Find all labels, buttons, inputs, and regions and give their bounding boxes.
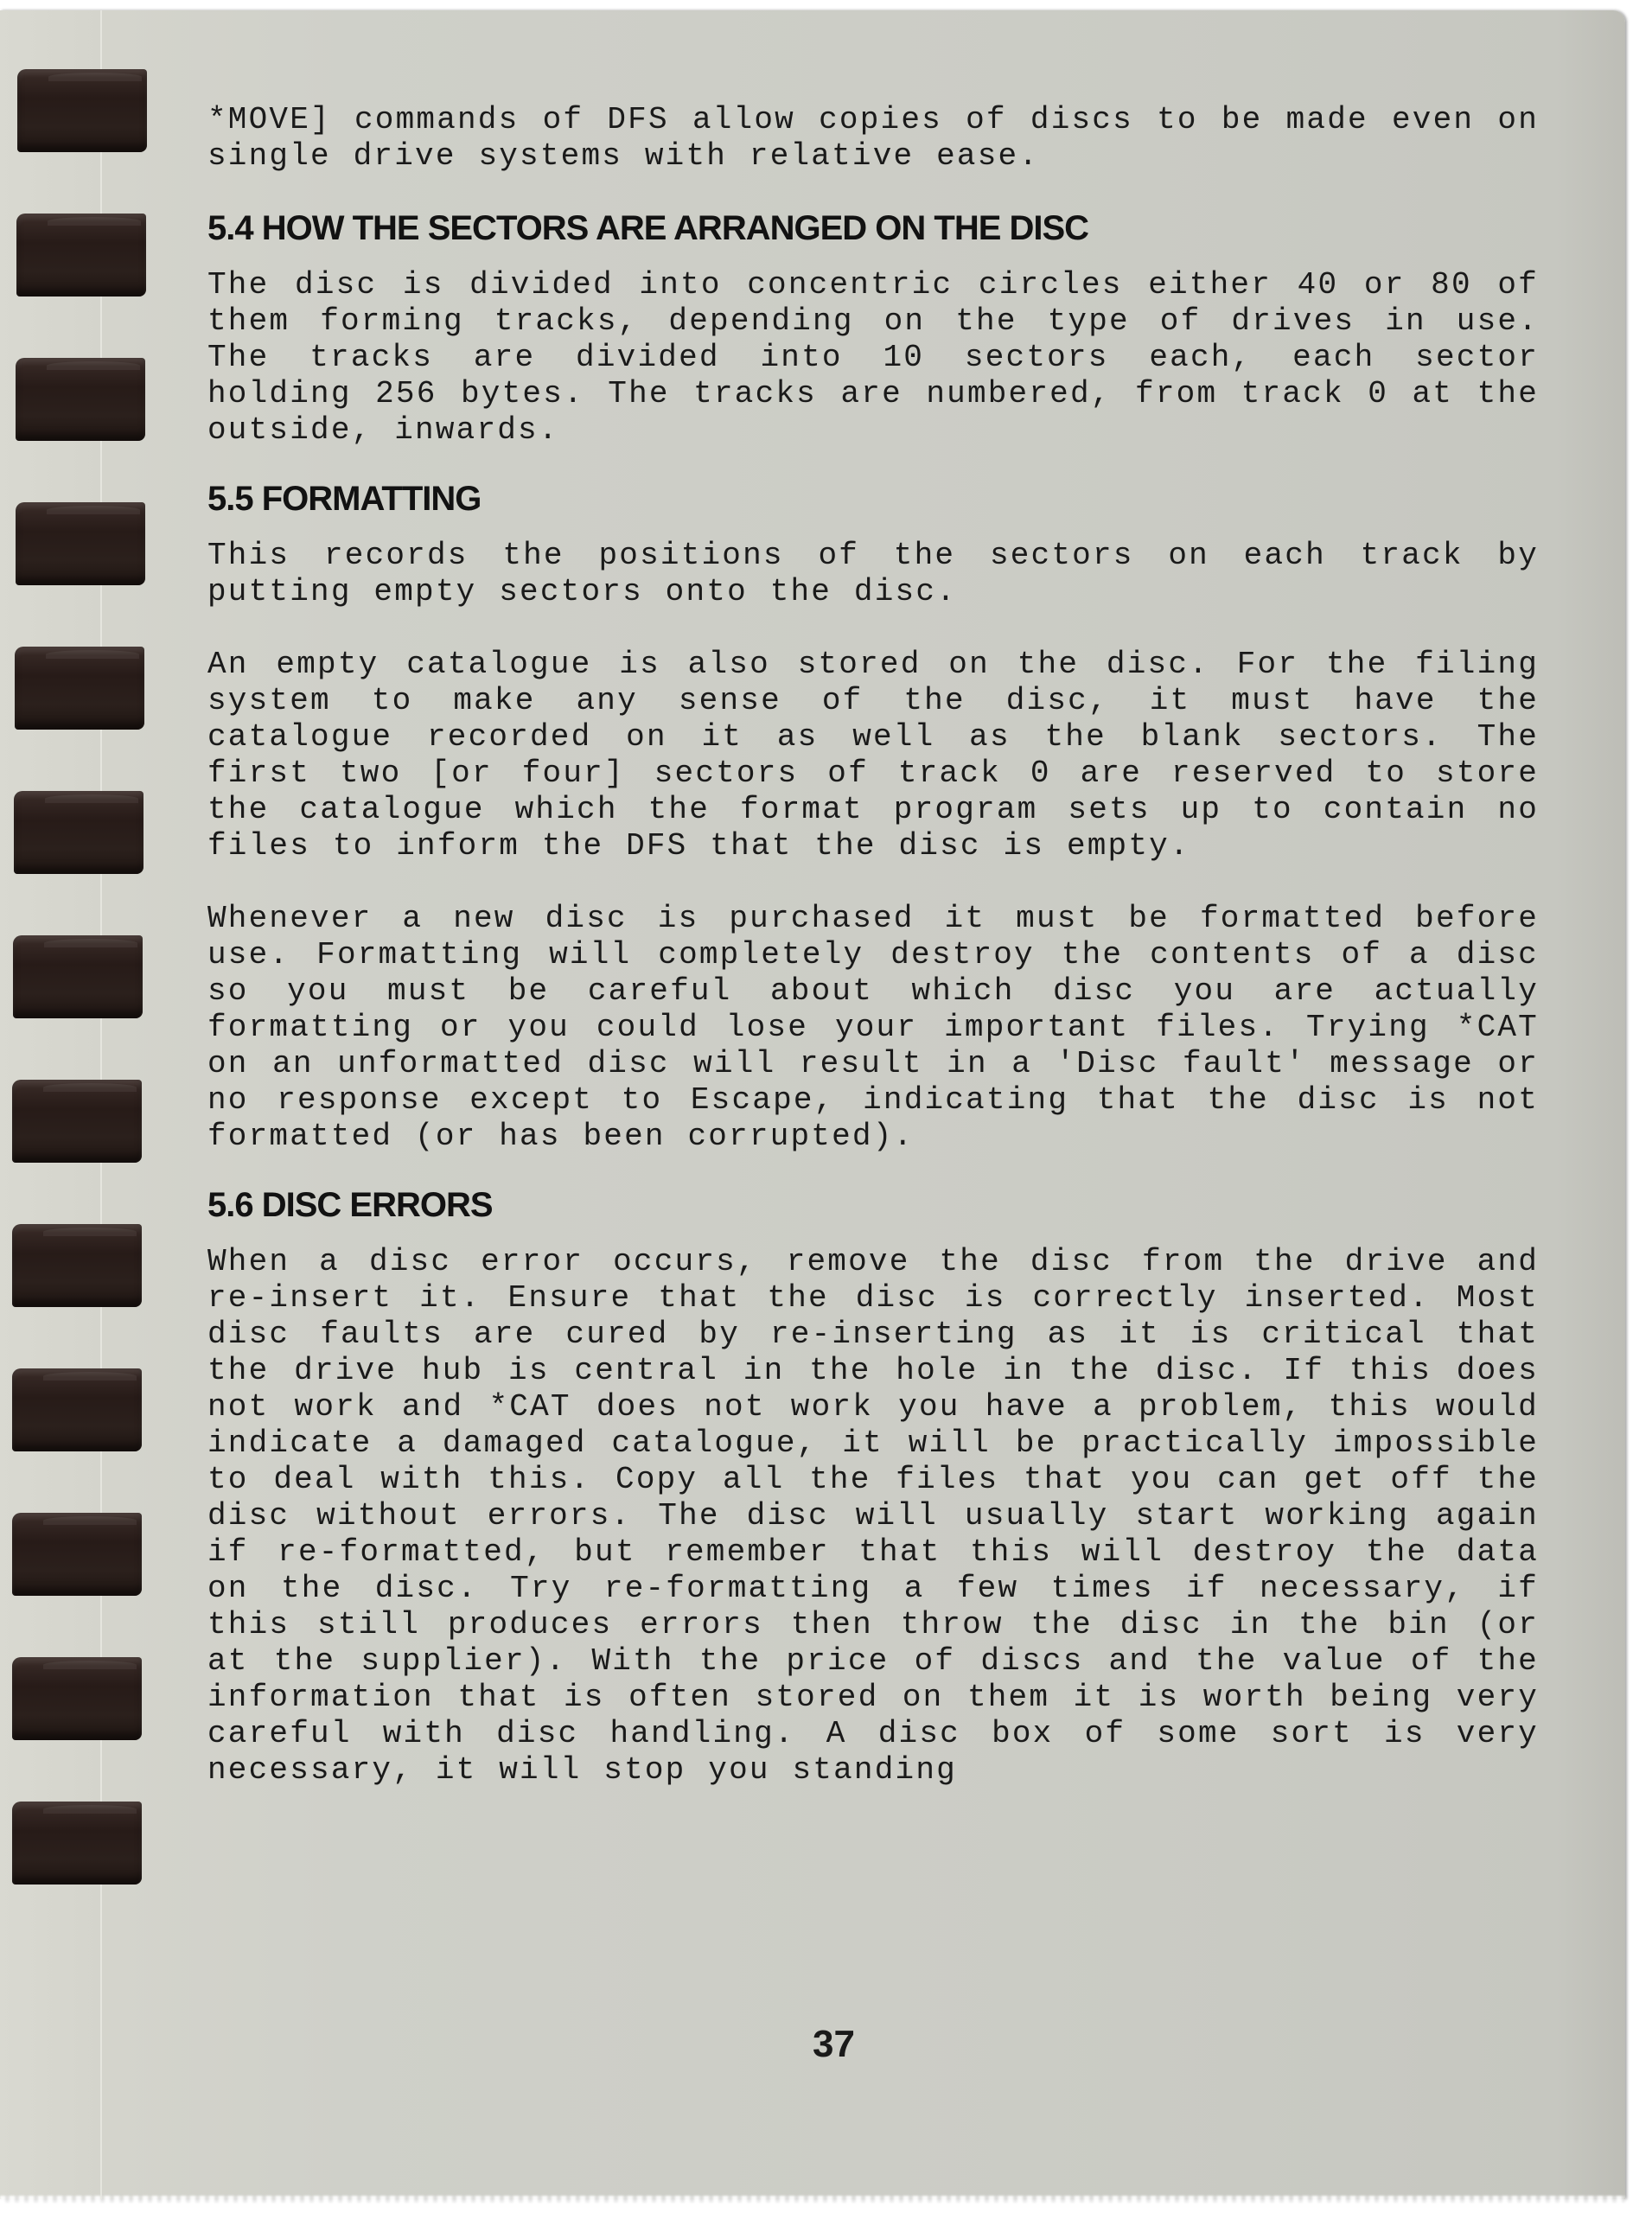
section-5-5-paragraph-2: An empty catalogue is also stored on the…	[207, 647, 1539, 864]
binding-ring	[12, 1224, 142, 1307]
intro-paragraph: *MOVE] commands of DFS allow copies of d…	[207, 102, 1539, 175]
page-content: *MOVE] commands of DFS allow copies of d…	[207, 102, 1539, 1789]
section-heading-5-5: 5.5 FORMATTING	[207, 480, 1539, 519]
binding-ring	[16, 358, 145, 441]
section-5-6-paragraph: When a disc error occurs, remove the dis…	[207, 1244, 1539, 1789]
binding-ring	[14, 791, 144, 874]
section-5-5-paragraph-3: Whenever a new disc is purchased it must…	[207, 901, 1539, 1155]
section-heading-5-6: 5.6 DISC ERRORS	[207, 1186, 1539, 1225]
binding-ring	[16, 502, 145, 585]
binding-ring	[12, 1368, 142, 1451]
section-5-4-paragraph: The disc is divided into concentric circ…	[207, 267, 1539, 449]
binding-ring	[12, 1802, 142, 1885]
binding-ring	[12, 1513, 142, 1596]
binding-ring	[15, 647, 144, 730]
section-5-5-paragraph-1: This records the positions of the sector…	[207, 538, 1539, 610]
section-heading-5-4: 5.4 HOW THE SECTORS ARE ARRANGED ON THE …	[207, 209, 1539, 248]
page-number: 37	[813, 2023, 855, 2066]
binding-ring	[12, 1080, 142, 1163]
binding-ring	[13, 935, 143, 1018]
binding-ring	[12, 1657, 142, 1740]
binding-ring	[16, 214, 146, 297]
binding-ring	[17, 69, 147, 152]
